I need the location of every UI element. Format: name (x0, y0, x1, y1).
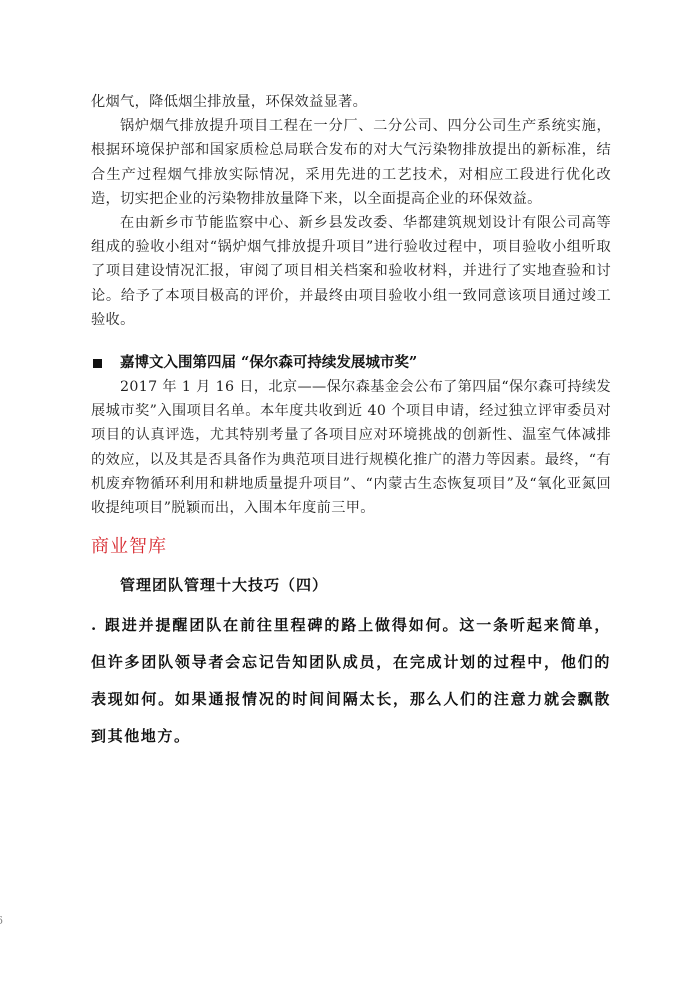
square-bullet-icon (93, 359, 102, 368)
tip-paragraph: . 跟进并提醒团队在前往里程碑的路上做得如何。这一条听起来简单，但许多团队领导者… (91, 607, 611, 755)
acceptance-paragraph: 在由新乡市节能监察中心、新乡县发改委、华都建筑规划设计有限公司高等组成的验收小组… (91, 211, 611, 332)
page-number: 6 (0, 914, 3, 927)
news-paragraph: 2017 年 1 月 16 日，北京——保尔森基金会公布了第四届“保尔森可持续发… (91, 375, 611, 520)
news-heading: 嘉博文入围第四届 “保尔森可持续发展城市奖” (91, 351, 611, 375)
boiler-project-paragraph: 锅炉烟气排放提升项目工程在一分厂、二分公司、四分公司生产系统实施，根据环境保护部… (91, 114, 611, 211)
news-heading-text: 嘉博文入围第四届 “保尔森可持续发展城市奖” (120, 351, 417, 375)
category-heading: 商业智库 (91, 533, 611, 561)
article-subheading: 管理团队管理十大技巧（四） (91, 573, 611, 597)
page-content: 化烟气，降低烟尘排放量，环保效益显著。 锅炉烟气排放提升项目工程在一分厂、二分公… (91, 90, 611, 755)
document-page: 化烟气，降低烟尘排放量，环保效益显著。 锅炉烟气排放提升项目工程在一分厂、二分公… (0, 0, 699, 990)
continuation-paragraph: 化烟气，降低烟尘排放量，环保效益显著。 (91, 90, 611, 114)
